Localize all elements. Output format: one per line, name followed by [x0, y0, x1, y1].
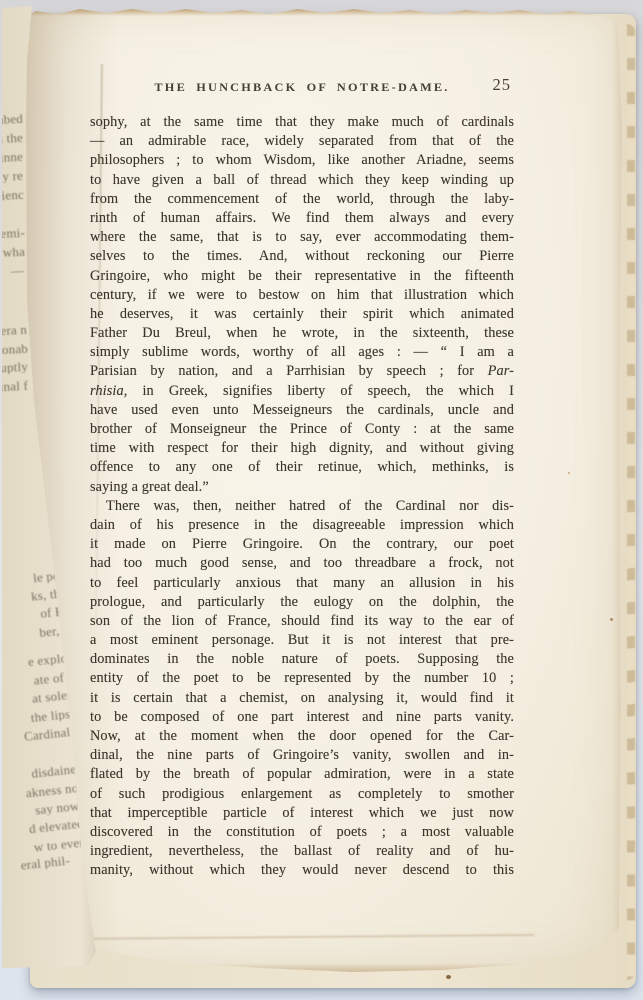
prev-page-text-fragment: easonab	[0, 342, 28, 359]
paragraph: sophy, at the same time that they make m…	[90, 113, 514, 497]
prev-page-text-fragment: eral phil-	[0, 854, 70, 876]
text-line: had too much good sense, and too threadb…	[90, 554, 514, 573]
text-line: philosophers ; to whom Wisdom, like anot…	[90, 151, 514, 170]
prev-page-text-fragment: t wha	[0, 245, 25, 262]
prev-page-text-fragment: hera n	[0, 323, 27, 340]
text-line: saying a great deal.”	[90, 478, 514, 497]
text-line: where the same, that is to say, ever acc…	[90, 228, 514, 247]
foxing-spot	[610, 618, 613, 621]
text-line: Now, at the moment when the door opened …	[90, 727, 514, 746]
text-line: it is certain that a chemist, on analysi…	[90, 689, 514, 708]
text-line: entity of the poet to be represented by …	[90, 669, 514, 688]
prev-page-text-fragment: ly re	[0, 169, 23, 186]
prev-page-text-fragment: rdinal f	[0, 379, 28, 396]
text-line: it made on Pierre Gringoire. On the cont…	[90, 535, 514, 554]
prev-page-text-fragment: disdained	[0, 762, 83, 784]
text-line: time with respect for their high dignity…	[90, 439, 514, 458]
text-line: dain of his presence in the disagreeable…	[90, 516, 514, 535]
text-line: to feel particularly anxious that many a…	[90, 574, 514, 593]
printed-text: THE HUNCHBACK OF NOTRE-DAME. 25 sophy, a…	[90, 80, 514, 881]
prev-page-text-fragment: m the	[0, 131, 23, 148]
page-header: THE HUNCHBACK OF NOTRE-DAME. 25	[90, 80, 514, 100]
text-line: offence to any one of their retinue, whi…	[90, 458, 514, 477]
text-line: Parisian by nation, and a Parrhisian by …	[90, 362, 514, 381]
text-line: son of the lion of France, should find i…	[90, 612, 514, 631]
page-edge-texture	[627, 24, 635, 980]
prev-page-text-fragment: w to ever	[0, 836, 84, 858]
text-line: manity, without which they would never d…	[90, 861, 514, 880]
running-title: THE HUNCHBACK OF NOTRE-DAME.	[90, 80, 514, 94]
text-line: he deserves, it was certainly their spir…	[90, 305, 514, 324]
text-line: century, if we were to bestow on him tha…	[90, 286, 514, 305]
text-line: a most eminent personage. But it is not …	[90, 631, 514, 650]
prev-page-text-fragment: d elevated	[0, 817, 84, 839]
text-line: to have given a ball of thread which the…	[90, 171, 514, 190]
page-bottom-crease	[64, 934, 534, 940]
text-line: rinth of human affairs. We find them alw…	[90, 209, 514, 228]
page-body-text: sophy, at the same time that they make m…	[90, 113, 514, 881]
text-line: dinal, the nine parts of Gringoire’s van…	[90, 746, 514, 765]
foxing-spot	[446, 975, 451, 979]
prev-page-text-fragment: ademi-	[0, 226, 25, 243]
prev-page-text-fragment: dinne	[0, 150, 23, 167]
text-line: simply sublime words, worthy of all ages…	[90, 343, 514, 362]
text-line: prologue, and particularly the eulogy on…	[90, 593, 514, 612]
text-line: have used even unto Messeigneurs the car…	[90, 401, 514, 420]
prev-page-text-fragment: —	[0, 264, 24, 281]
text-line: selves to the times. And, without reckon…	[90, 247, 514, 266]
text-line: There was, then, neither hatred of the C…	[90, 497, 514, 516]
text-line: — an admirable race, widely separated fr…	[90, 132, 514, 151]
text-line: ingredient, nevertheless, the ballast of…	[90, 842, 514, 861]
page-number: 25	[493, 75, 512, 95]
text-line: discovered in the constitution of poets …	[90, 823, 514, 842]
prev-page-text-fragment: udienc	[0, 188, 24, 205]
text-line: of such prodigious enlargement as comple…	[90, 785, 514, 804]
prev-page-text-fragment: abruptly	[0, 360, 28, 377]
text-line: that imperceptible particle of interest …	[90, 804, 514, 823]
text-line: rhisia, in Greek, signifies liberty of s…	[90, 382, 514, 401]
paragraph: There was, then, neither hatred of the C…	[90, 497, 514, 881]
text-line: brother of Monseigneur the Prince of Con…	[90, 420, 514, 439]
book-photo: mbedm thedinnely reudiencademi-t wha—her…	[0, 0, 643, 1000]
text-line: flated by the breath of popular admirati…	[90, 765, 514, 784]
prev-page-text-fragment: mbed	[0, 112, 23, 129]
text-line: Father Du Breul, when he wrote, in the s…	[90, 324, 514, 343]
text-line: Gringoire, who might be their representa…	[90, 267, 514, 286]
text-line: to be composed of one part interest and …	[90, 708, 514, 727]
text-line: dominates in the noble nature of poets. …	[90, 650, 514, 669]
text-line: from the commencement of the world, thro…	[90, 190, 514, 209]
foxing-spot	[568, 472, 570, 474]
text-line: sophy, at the same time that they make m…	[90, 113, 514, 132]
